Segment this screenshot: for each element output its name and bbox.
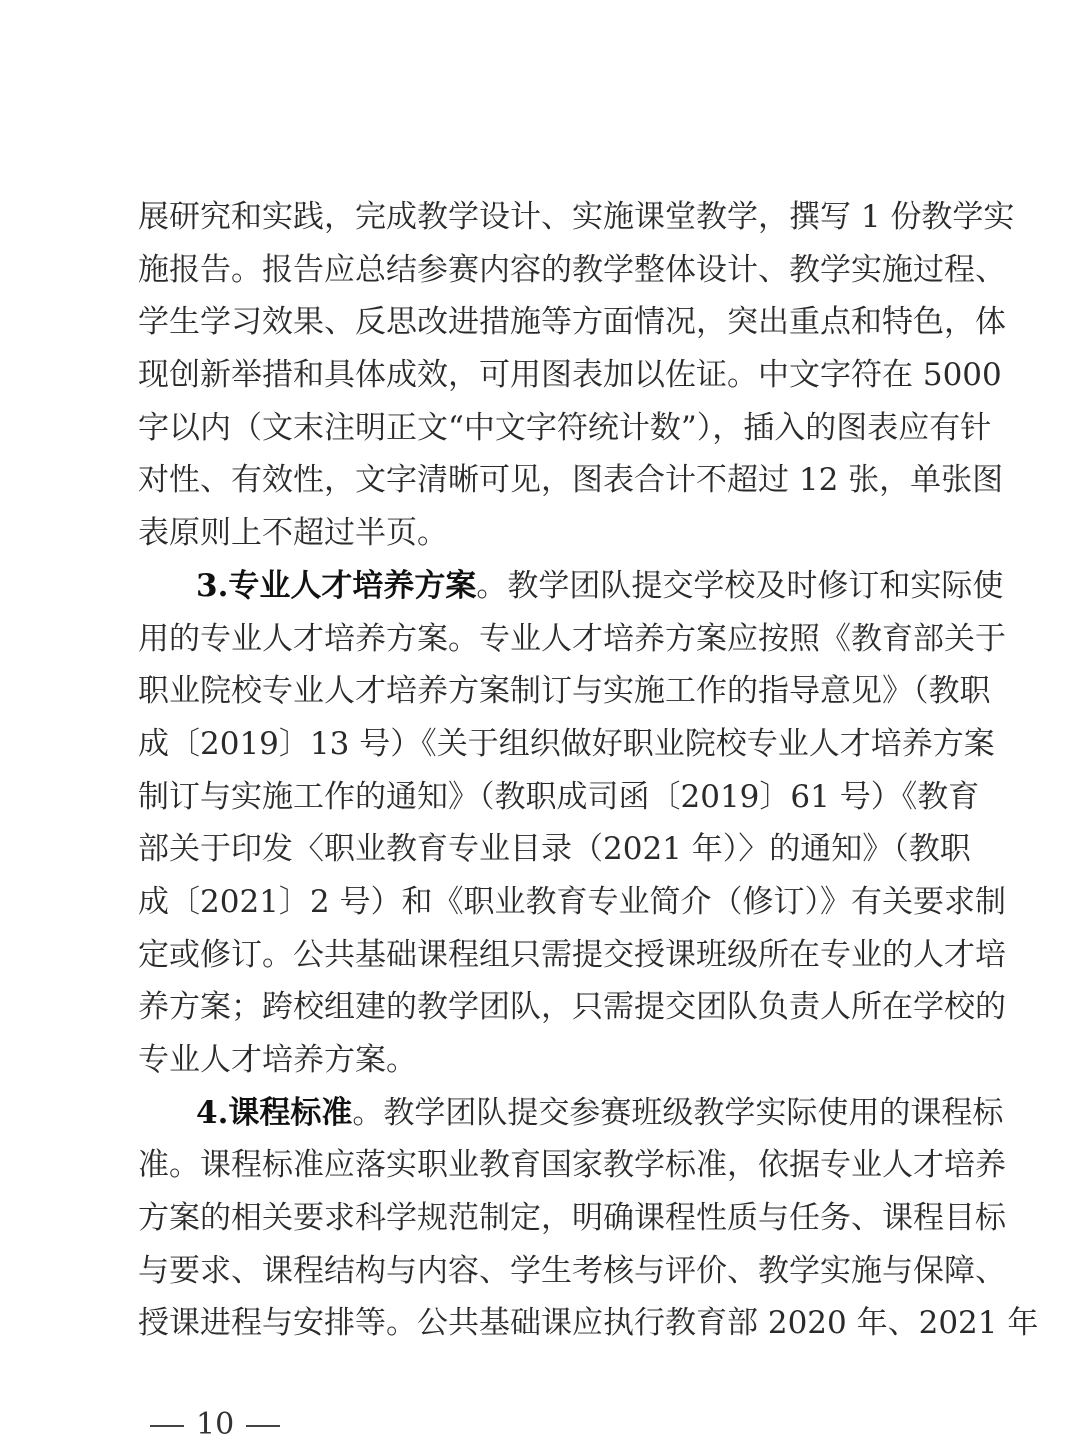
section-3-talent-training-plan: 3.专业人才培养方案。教学团队提交学校及时修订和实际使 用的专业人才培养方案。专… [138,560,938,1087]
text-line: 学生学习效果、反思改进措施等方面情况，突出重点和特色，体 [138,296,938,349]
section-text: 。教学团队提交学校及时修订和实际使 [476,568,1003,604]
footer-dash-right [246,1425,280,1427]
text-line: 展研究和实践，完成教学设计、实施课堂教学，撰写 1 份教学实 [138,191,938,244]
text-line: 准。课程标准应落实职业教育国家教学标准，依据专业人才培养 [138,1139,938,1192]
footer-dash-left [150,1425,184,1427]
text-line: 成〔2021〕2 号）和《职业教育专业简介（修订）》有关要求制 [138,876,938,929]
page-number: 10 [196,1407,234,1442]
text-line: 授课进程与安排等。公共基础课应执行教育部 2020 年、2021 年 [138,1297,938,1350]
text-line: 成〔2019〕13 号）《关于组织做好职业院校专业人才培养方案 [138,718,938,771]
section-text: 。教学团队提交参赛班级教学实际使用的课程标 [352,1095,1003,1131]
text-line: 方案的相关要求科学规范制定，明确课程性质与任务、课程目标 [138,1192,938,1245]
text-line: 对性、有效性，文字清晰可见，图表合计不超过 12 张，单张图 [138,454,938,507]
text-line: 用的专业人才培养方案。专业人才培养方案应按照《教育部关于 [138,613,938,666]
text-line: 专业人才培养方案。 [138,1034,938,1087]
page-footer: 10 [138,1410,292,1440]
text-line: 定或修订。公共基础课程组只需提交授课班级所在专业的人才培 [138,929,938,982]
text-line: 职业院校专业人才培养方案制订与实施工作的指导意见》（教职 [138,665,938,718]
section-first-line: 3.专业人才培养方案。教学团队提交学校及时修订和实际使 [138,560,938,613]
section-heading: 4.课程标准 [196,1095,352,1131]
paragraph-continued: 展研究和实践，完成教学设计、实施课堂教学，撰写 1 份教学实 施报告。报告应总结… [138,191,938,560]
text-line: 字以内（文末注明正文“中文字符统计数”），插入的图表应有针 [138,402,938,455]
text-line: 施报告。报告应总结参赛内容的教学整体设计、教学实施过程、 [138,244,938,297]
text-line: 表原则上不超过半页。 [138,507,938,560]
text-line: 与要求、课程结构与内容、学生考核与评价、教学实施与保障、 [138,1245,938,1298]
document-body: 展研究和实践，完成教学设计、实施课堂教学，撰写 1 份教学实 施报告。报告应总结… [138,191,938,1350]
section-4-course-standard: 4.课程标准。教学团队提交参赛班级教学实际使用的课程标 准。课程标准应落实职业教… [138,1087,938,1350]
section-first-line: 4.课程标准。教学团队提交参赛班级教学实际使用的课程标 [138,1087,938,1140]
text-line: 部关于印发〈职业教育专业目录（2021 年）〉的通知》（教职 [138,823,938,876]
text-line: 制订与实施工作的通知》（教职成司函〔2019〕61 号）《教育 [138,771,938,824]
text-line: 现创新举措和具体成效，可用图表加以佐证。中文字符在 5000 [138,349,938,402]
section-heading: 3.专业人才培养方案 [196,568,476,604]
text-line: 养方案；跨校组建的教学团队，只需提交团队负责人所在学校的 [138,981,938,1034]
